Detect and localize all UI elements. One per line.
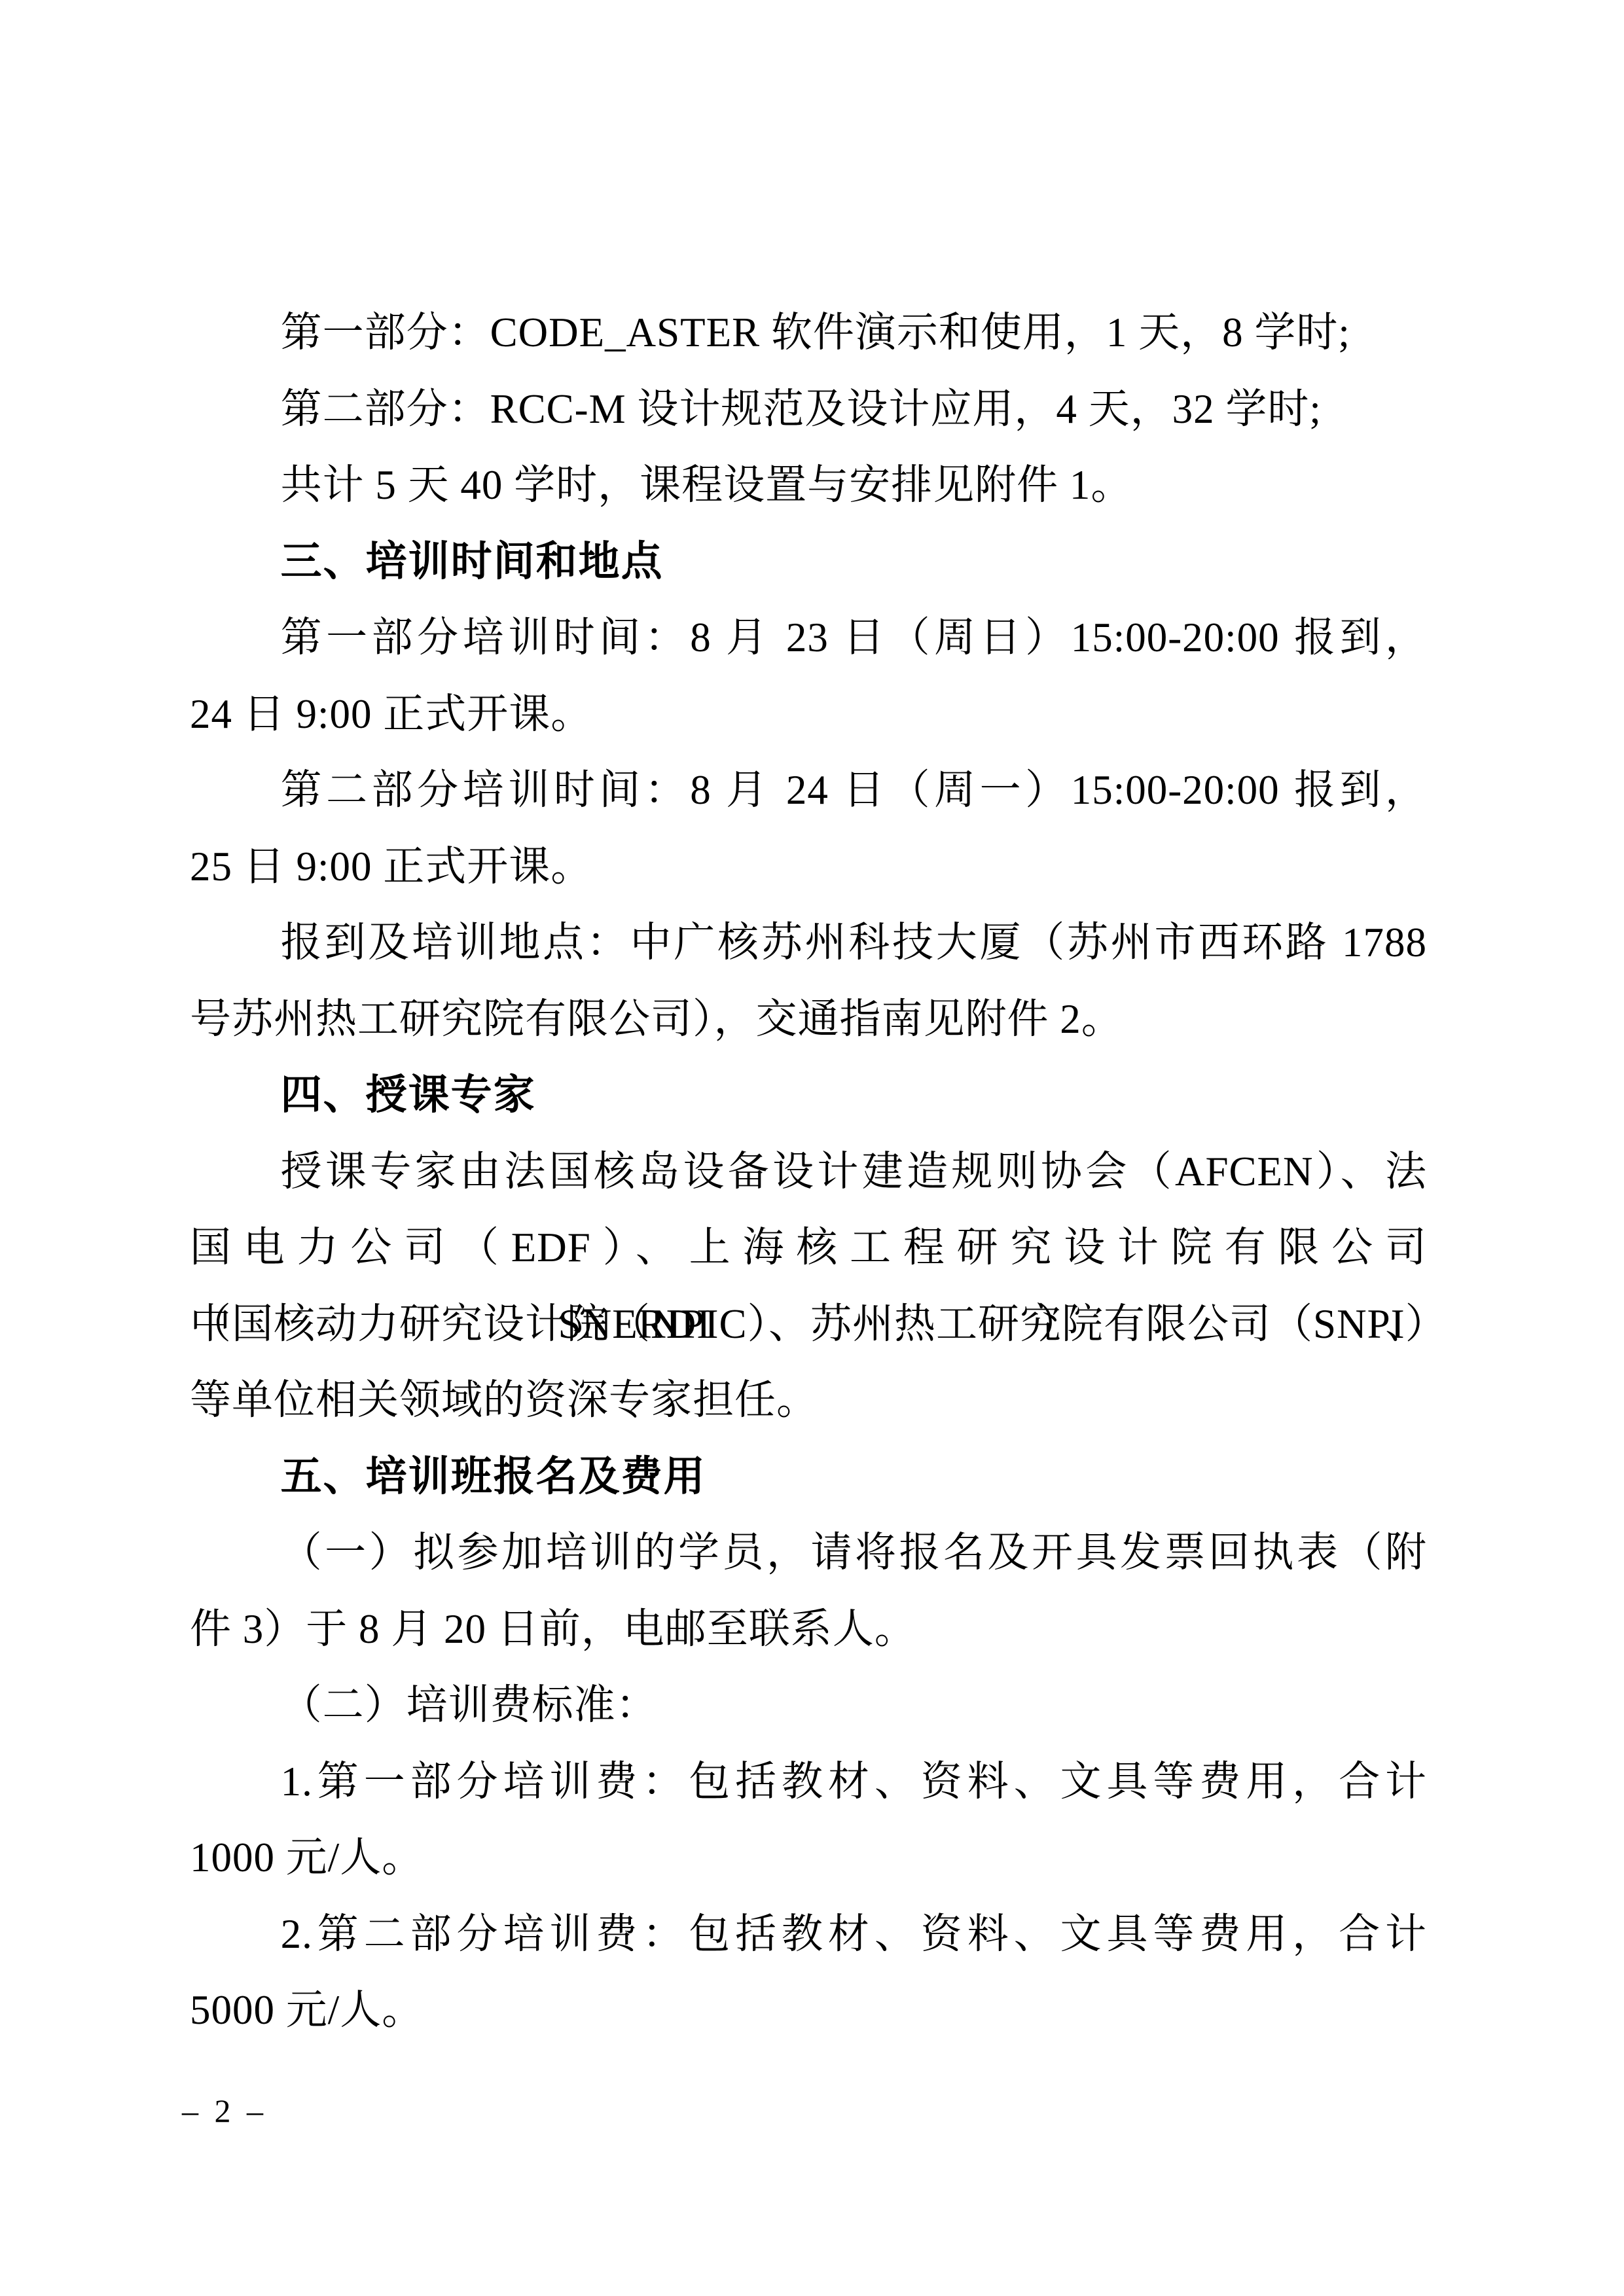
text-line-part1: 第一部分：CODE_ASTER 软件演示和使用，1 天，8 学时; (190, 295, 1427, 371)
document-page: 第一部分：CODE_ASTER 软件演示和使用，1 天，8 学时; 第二部分：R… (0, 0, 1624, 2296)
text-line-registration-b: 件 3）于 8 月 20 日前，电邮至联系人。 (190, 1591, 1427, 1668)
section-heading-3: 三、培训时间和地点 (190, 524, 1427, 600)
text-line-fee1-a: 1.第一部分培训费：包括教材、资料、文具等费用，合计 (190, 1744, 1427, 1820)
text-line-fee2-a: 2.第二部分培训费：包括教材、资料、文具等费用，合计 (190, 1896, 1427, 1973)
text-line-time2-a: 第二部分培训时间：8 月 24 日（周一）15:00-20:00 报到， (190, 752, 1427, 829)
text-line-location-a: 报到及培训地点：中广核苏州科技大厦（苏州市西环路 1788 (190, 905, 1427, 981)
text-line-fee-standard: （二）培训费标准： (190, 1667, 1427, 1744)
text-line-experts-c: 中国核动力研究设计院（NPIC）、苏州热工研究院有限公司（SNPI） (190, 1286, 1427, 1363)
text-line-total-hours: 共计 5 天 40 学时，课程设置与安排见附件 1。 (190, 447, 1427, 524)
text-line-part2: 第二部分：RCC-M 设计规范及设计应用，4 天，32 学时; (190, 371, 1427, 448)
text-line-experts-a: 授课专家由法国核岛设备设计建造规则协会（AFCEN）、法 (190, 1134, 1427, 1210)
text-line-time1-b: 24 日 9:00 正式开课。 (190, 676, 1427, 753)
page-number: – 2 – (182, 2091, 267, 2130)
text-line-location-b: 号苏州热工研究院有限公司），交通指南见附件 2。 (190, 981, 1427, 1058)
section-heading-5: 五、培训班报名及费用 (190, 1439, 1427, 1515)
text-line-experts-b: 国电力公司（EDF）、上海核工程研究设计院有限公司（SNERDI）、 (190, 1210, 1427, 1286)
text-line-fee2-b: 5000 元/人。 (190, 1972, 1427, 2049)
text-line-experts-d: 等单位相关领域的资深专家担任。 (190, 1362, 1427, 1439)
text-line-time2-b: 25 日 9:00 正式开课。 (190, 829, 1427, 905)
text-line-registration-a: （一）拟参加培训的学员，请将报名及开具发票回执表（附 (190, 1515, 1427, 1591)
text-line-time1-a: 第一部分培训时间：8 月 23 日（周日）15:00-20:00 报到， (190, 600, 1427, 676)
section-heading-4: 四、授课专家 (190, 1057, 1427, 1134)
text-line-fee1-b: 1000 元/人。 (190, 1820, 1427, 1896)
document-body: 第一部分：CODE_ASTER 软件演示和使用，1 天，8 学时; 第二部分：R… (190, 295, 1427, 2049)
